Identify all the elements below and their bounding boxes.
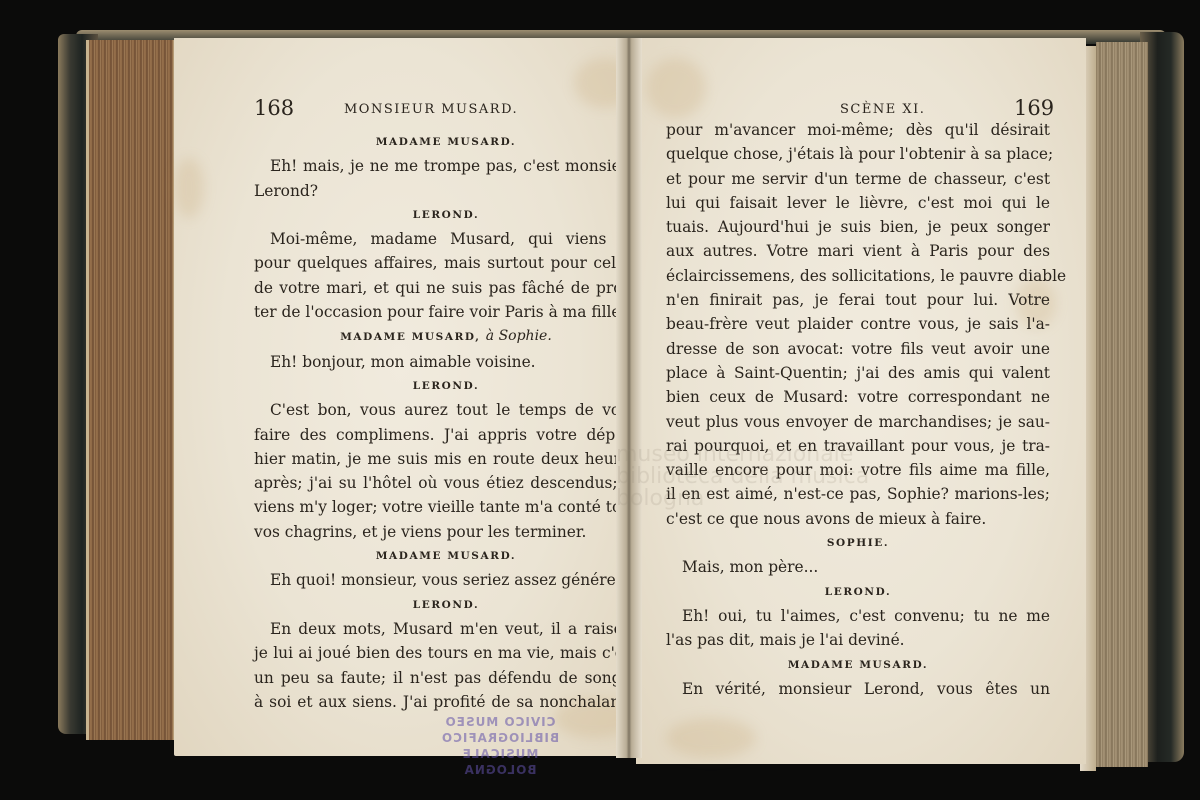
text-line: et pour me servir d'un terme de chasseur… <box>666 167 1050 191</box>
text-line: veut plus vous envoyer de marchandises; … <box>666 410 1050 434</box>
text-line: viens m'y loger; votre vieille tante m'a… <box>254 495 638 519</box>
text-line: En vérité, monsieur Lerond, vous êtes un <box>666 677 1050 701</box>
text-line: après; j'ai su l'hôtel où vous étiez des… <box>254 471 638 495</box>
text-line: ter de l'occasion pour faire voir Paris … <box>254 300 638 324</box>
text-line: Eh! oui, tu l'aimes, c'est convenu; tu n… <box>666 604 1050 628</box>
text-line: pour m'avancer moi-même; dès qu'il désir… <box>666 118 1050 142</box>
text-line: dresse de son avocat: votre fils veut av… <box>666 337 1050 361</box>
book-gutter <box>616 38 642 758</box>
text-line: bien ceux de Musard: votre correspondant… <box>666 385 1050 409</box>
speaker-label: LEROND. <box>254 203 638 227</box>
page-number: 168 <box>254 96 294 120</box>
watermark-line: bologna <box>616 488 876 510</box>
page-edges-left <box>86 40 173 740</box>
text-line: l'as pas dit, mais je l'ai deviné. <box>666 628 1050 652</box>
text-line: quelque chose, j'étais là pour l'obtenir… <box>666 142 1050 166</box>
page-edges-right <box>1096 42 1148 767</box>
page-number: 169 <box>1014 96 1054 120</box>
text-line: En deux mots, Musard m'en veut, il a rai… <box>254 617 638 641</box>
stage-direction: à Sophie. <box>486 328 552 344</box>
text-line: Mais, mon père... <box>666 555 1050 579</box>
right-page-text: pour m'avancer moi-même; dès qu'il désir… <box>666 118 1050 701</box>
speaker-label: MADAME MUSARD, à Sophie. <box>254 324 638 349</box>
text-line: hier matin, je me suis mis en route deux… <box>254 447 638 471</box>
library-stamp: CIVICO MUSEO BIBLIOGRAFICO MUSICALE BOLO… <box>400 714 600 778</box>
text-line: je lui ai joué bien des tours en ma vie,… <box>254 641 638 665</box>
running-head: MONSIEUR MUSARD. <box>344 102 518 117</box>
text-line: tuais. Aujourd'hui je suis bien, je peux… <box>666 215 1050 239</box>
text-line: Eh quoi! monsieur, vous seriez assez gén… <box>254 568 638 592</box>
text-line: place à Saint-Quentin; j'ai des amis qui… <box>666 361 1050 385</box>
text-line: éclaircissemens, des sollicitations, le … <box>666 264 1050 288</box>
speaker-label: LEROND. <box>254 593 638 617</box>
text-line: c'est ce que nous avons de mieux à faire… <box>666 507 1050 531</box>
text-line: de votre mari, et qui ne suis pas fâché … <box>254 276 638 300</box>
stamp-line: CIVICO MUSEO <box>400 714 600 730</box>
text-line: aux autres. Votre mari vient à Paris pou… <box>666 239 1050 263</box>
speaker-name: MADAME MUSARD, <box>340 331 480 343</box>
left-page: 168 MONSIEUR MUSARD. MADAME MUSARD. Eh! … <box>174 38 626 756</box>
watermark-line: biblioteca della musica <box>616 466 876 488</box>
text-line: Moi-même, madame Musard, qui viens ici <box>254 227 638 251</box>
text-line: Lerond? <box>254 179 638 203</box>
stamp-line: BOLOGNA <box>400 762 600 778</box>
text-line: à soi et aux siens. J'ai profité de sa n… <box>254 690 638 714</box>
text-line: lui qui faisait lever le lièvre, c'est m… <box>666 191 1050 215</box>
watermark-line: museo internazionale <box>616 444 876 466</box>
text-line: pour quelques affaires, mais surtout pou… <box>254 251 638 275</box>
text-line: un peu sa faute; il n'est pas défendu de… <box>254 666 638 690</box>
speaker-label: MADAME MUSARD. <box>254 130 638 154</box>
text-line: C'est bon, vous aurez tout le temps de v… <box>254 398 638 422</box>
speaker-label: SOPHIE. <box>666 531 1050 555</box>
speaker-label: MADAME MUSARD. <box>254 544 638 568</box>
right-page: SCÈNE XI. 169 pour m'avancer moi-même; d… <box>636 38 1086 764</box>
watermark: museo internazionale biblioteca della mu… <box>616 444 876 510</box>
text-line: n'en finirait pas, je ferai tout pour lu… <box>666 288 1050 312</box>
running-head: SCÈNE XI. <box>840 102 925 117</box>
text-line: faire des complimens. J'ai appris votre … <box>254 423 638 447</box>
speaker-label: LEROND. <box>254 374 638 398</box>
stamp-line: BIBLIOGRAFICO MUSICALE <box>400 730 600 762</box>
speaker-label: LEROND. <box>666 580 1050 604</box>
left-page-text: MADAME MUSARD. Eh! mais, je ne me trompe… <box>254 130 638 714</box>
text-line: vos chagrins, et je viens pour les termi… <box>254 520 638 544</box>
open-book: 168 MONSIEUR MUSARD. MADAME MUSARD. Eh! … <box>56 24 1186 776</box>
text-line: beau-frère veut plaider contre vous, je … <box>666 312 1050 336</box>
text-line: Eh! mais, je ne me trompe pas, c'est mon… <box>254 154 638 178</box>
text-line: Eh! bonjour, mon aimable voisine. <box>254 350 638 374</box>
speaker-label: MADAME MUSARD. <box>666 653 1050 677</box>
